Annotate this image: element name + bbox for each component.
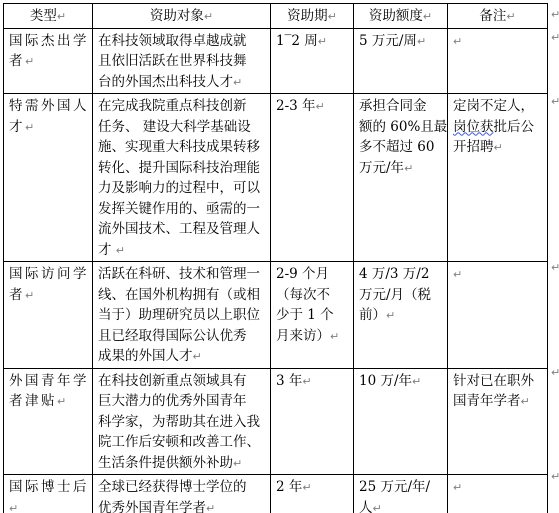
paragraph-mark-icon: ↵ (204, 10, 213, 23)
type-text: 国际杰出学 者 (9, 33, 89, 70)
cell-note[interactable]: ↵ (448, 262, 548, 369)
cell-note[interactable]: 定岗不定人， 岗位获批后公 开招聘↵ (448, 94, 548, 262)
header-period[interactable]: 资助期↵ (271, 4, 354, 29)
cell-period[interactable]: 2 年↵ (271, 475, 354, 513)
cell-type[interactable]: 特需外国人 才↵ (4, 94, 93, 262)
header-type-label: 类型 (30, 8, 57, 24)
cell-amount[interactable]: 承担合同金 额的 60%且最 多不超过 60 万元/年↵ (354, 94, 448, 262)
period-text: 2-9 个月 （每次不 少于 1 个 月来访） (276, 266, 334, 344)
row-end-mark-icon: ↵ (551, 261, 559, 274)
row-end-mark-icon: ↵ (551, 470, 559, 483)
header-row: 类型↵ 资助对象↵ 资助期↵ 资助额度↵ 备注↵ (4, 4, 548, 29)
paragraph-mark-icon: ↵ (506, 10, 515, 23)
table-row: 国际访问学 者↵ 活跃在科研、技术和管理一 线、在国外机构拥有（或相 当于）助理… (4, 262, 548, 369)
paragraph-mark-icon: ↵ (302, 375, 311, 388)
type-text: 国际访问学 者 (9, 266, 89, 303)
paragraph-mark-icon: ↵ (386, 309, 395, 322)
type-text: 特需外国人 才 (9, 98, 89, 135)
paragraph-mark-icon: ↵ (116, 244, 125, 257)
period-text: 2 年 (276, 479, 302, 495)
note-text-before: 定岗不定人， (453, 98, 534, 114)
paragraph-mark-icon: ↵ (316, 100, 325, 113)
cell-amount[interactable]: 5 万元/周↵ (354, 28, 448, 94)
row-end-mark-icon: ↵ (551, 8, 559, 21)
paragraph-mark-icon: ↵ (193, 350, 202, 363)
paragraph-mark-icon: ↵ (206, 502, 215, 513)
table-row: 国际博士后↵ 全球已经获得博士学位的 优秀外国青年学者↵ 2 年↵ 25 万元/… (4, 475, 548, 513)
header-note[interactable]: 备注↵ (448, 4, 548, 29)
row-end-mark-icon: ↵ (551, 366, 559, 379)
cell-amount[interactable]: 25 万元/年/ 人↵ (354, 475, 448, 513)
row-end-mark-icon: ↵ (551, 95, 559, 108)
amount-text: 5 万元/周 (359, 33, 417, 49)
cell-type[interactable]: 外国青年学 者津贴↵ (4, 368, 93, 475)
cell-period[interactable]: 2-3 年↵ (271, 94, 354, 262)
type-text: 外国青年学 者津贴 (9, 373, 89, 410)
cell-period[interactable]: 1‾2 周↵ (271, 28, 354, 94)
target-text: 在完成我院重点科技创新 任务、 建设大科学基础设 施、实现重大科技成果转移 转化… (98, 98, 260, 258)
header-target[interactable]: 资助对象↵ (93, 4, 271, 29)
paragraph-mark-icon: ↵ (25, 121, 34, 134)
cell-target[interactable]: 在完成我院重点科技创新 任务、 建设大科学基础设 施、实现重大科技成果转移 转化… (93, 94, 271, 262)
paragraph-mark-icon: ↵ (25, 55, 34, 68)
header-period-label: 资助期 (287, 8, 328, 24)
paragraph-mark-icon: ↵ (318, 35, 327, 48)
paragraph-mark-icon: ↵ (521, 395, 530, 408)
paragraph-mark-icon: ↵ (453, 481, 462, 494)
paragraph-mark-icon: ↵ (233, 457, 242, 470)
amount-text: 25 万元/年/ 人 (359, 479, 430, 513)
paragraph-mark-icon: ↵ (417, 35, 426, 48)
cell-type[interactable]: 国际访问学 者↵ (4, 262, 93, 369)
cell-period[interactable]: 2-9 个月 （每次不 少于 1 个 月来访）↵ (271, 262, 354, 369)
paragraph-mark-icon: ↵ (233, 76, 242, 89)
header-amount-label: 资助额度 (369, 8, 423, 24)
target-text: 全球已经获得博士学位的 优秀外国青年学者 (98, 479, 247, 513)
cell-target[interactable]: 在科技创新重点领域具有 巨大潜力的优秀外国青年 科学家，为帮助其在进入我 院工作… (93, 368, 271, 475)
document-page: 类型↵ 资助对象↵ 资助期↵ 资助额度↵ 备注↵ 国际杰出学 者↵ 在科技领域取… (0, 0, 559, 513)
cell-target[interactable]: 活跃在科研、技术和管理一 线、在国外机构拥有（或相 当于）助理研究员以上职位 且… (93, 262, 271, 369)
header-target-label: 资助对象 (150, 8, 204, 24)
cell-type[interactable]: 国际杰出学 者↵ (4, 28, 93, 94)
paragraph-mark-icon: ↵ (373, 502, 382, 513)
target-text: 活跃在科研、技术和管理一 线、在国外机构拥有（或相 当于）助理研究员以上职位 且… (98, 266, 260, 364)
paragraph-mark-icon: ↵ (453, 268, 462, 281)
paragraph-mark-icon: ↵ (453, 35, 462, 48)
period-text: 2-3 年 (276, 98, 316, 114)
period-text: 1‾2 周 (276, 33, 318, 49)
paragraph-mark-icon: ↵ (328, 10, 337, 23)
header-amount[interactable]: 资助额度↵ (354, 4, 448, 29)
funding-table: 类型↵ 资助对象↵ 资助期↵ 资助额度↵ 备注↵ 国际杰出学 者↵ 在科技领域取… (3, 3, 548, 513)
paragraph-mark-icon: ↵ (404, 162, 413, 175)
header-note-label: 备注 (479, 8, 506, 24)
paragraph-mark-icon: ↵ (9, 502, 18, 513)
cell-note[interactable]: ↵ (448, 475, 548, 513)
header-type[interactable]: 类型↵ (4, 4, 93, 29)
cell-period[interactable]: 3 年↵ (271, 368, 354, 475)
cell-amount[interactable]: 4 万/3 万/2 万元/月（税 前）↵ (354, 262, 448, 369)
table-row: 外国青年学 者津贴↵ 在科技创新重点领域具有 巨大潜力的优秀外国青年 科学家，为… (4, 368, 548, 475)
table-row: 特需外国人 才↵ 在完成我院重点科技创新 任务、 建设大科学基础设 施、实现重大… (4, 94, 548, 262)
table-row: 国际杰出学 者↵ 在科技领域取得卓越成就 且依旧活跃在世界科技舞 台的外国杰出科… (4, 28, 548, 94)
paragraph-mark-icon: ↵ (494, 141, 503, 154)
paragraph-mark-icon: ↵ (25, 289, 34, 302)
target-text: 在科技领域取得卓越成就 且依旧活跃在世界科技舞 台的外国杰出科技人才 (98, 33, 247, 90)
type-text: 国际博士后 (9, 479, 89, 495)
paragraph-mark-icon: ↵ (302, 481, 311, 494)
cell-note[interactable]: ↵ (448, 28, 548, 94)
cell-amount[interactable]: 10 万/年↵ (354, 368, 448, 475)
paragraph-mark-icon: ↵ (412, 375, 421, 388)
period-text: 3 年 (276, 373, 302, 389)
amount-text: 10 万/年 (359, 373, 412, 389)
row-end-mark-icon: ↵ (551, 31, 559, 44)
cell-type[interactable]: 国际博士后↵ (4, 475, 93, 513)
paragraph-mark-icon: ↵ (423, 10, 432, 23)
paragraph-mark-icon: ↵ (57, 10, 66, 23)
cell-note[interactable]: 针对已在职外 国青年学者↵ (448, 368, 548, 475)
paragraph-mark-icon: ↵ (330, 330, 339, 343)
cell-target[interactable]: 全球已经获得博士学位的 优秀外国青年学者↵ (93, 475, 271, 513)
note-text-spellcheck: 岗位获 (453, 119, 494, 135)
cell-target[interactable]: 在科技领域取得卓越成就 且依旧活跃在世界科技舞 台的外国杰出科技人才↵ (93, 28, 271, 94)
paragraph-mark-icon: ↵ (57, 395, 66, 408)
